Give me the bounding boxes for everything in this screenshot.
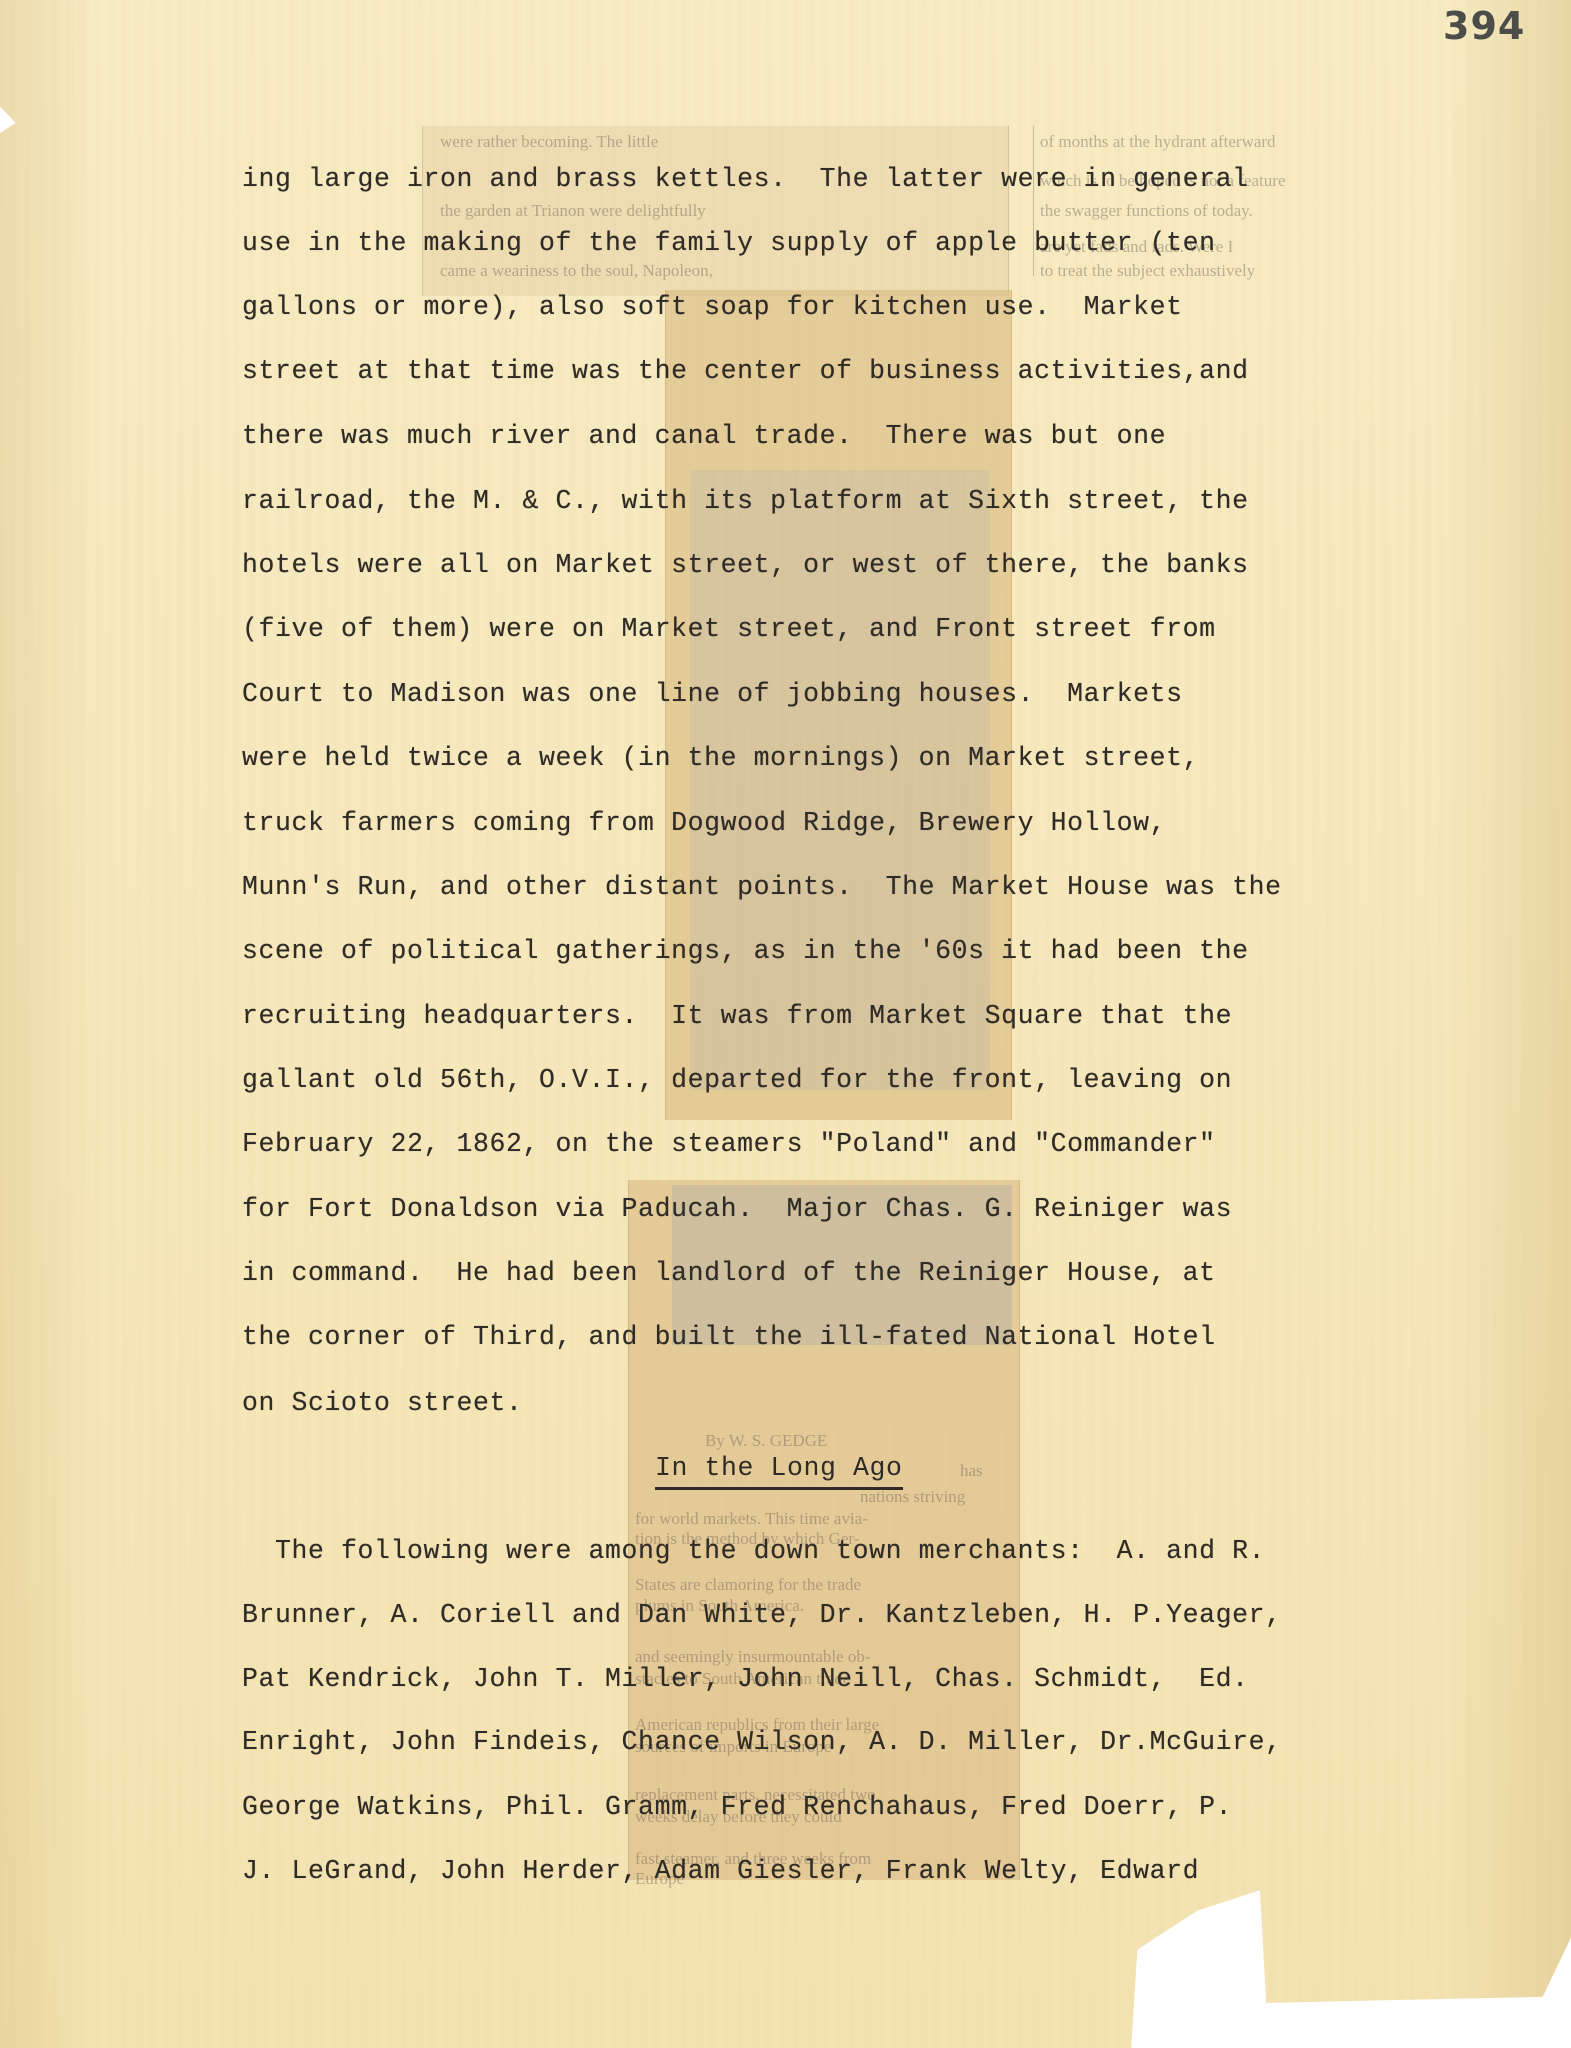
bleed-byline: By W. S. GEDGE bbox=[705, 1432, 827, 1449]
bleed-text: the swagger functions of today. bbox=[1040, 202, 1253, 219]
text-line: railroad, the M. & C., with its platform… bbox=[242, 488, 1249, 515]
text-line: scene of political gatherings, as in the… bbox=[242, 938, 1249, 965]
text-line: there was much river and canal trade. Th… bbox=[242, 423, 1166, 450]
text-line: gallant old 56th, O.V.I., departed for t… bbox=[242, 1067, 1232, 1094]
text-line: for Fort Donaldson via Paducah. Major Ch… bbox=[242, 1196, 1232, 1223]
bleed-text: and seemingly insurmountable ob- bbox=[635, 1648, 871, 1665]
text-line: hotels were all on Market street, or wes… bbox=[242, 552, 1249, 579]
text-line: Pat Kendrick, John T. Miller, John Neill… bbox=[242, 1666, 1249, 1693]
text-line: the corner of Third, and built the ill-f… bbox=[242, 1324, 1216, 1351]
section-heading: In the Long Ago bbox=[655, 1455, 903, 1490]
text-line: in command. He had been landlord of the … bbox=[242, 1260, 1216, 1287]
page-number: 394 bbox=[1443, 4, 1525, 48]
text-line: J. LeGrand, John Herder, Adam Giesler, F… bbox=[242, 1858, 1199, 1885]
text-line: Court to Madison was one line of jobbing… bbox=[242, 681, 1183, 708]
text-line: recruiting headquarters. It was from Mar… bbox=[242, 1003, 1232, 1030]
bleed-text: States are clamoring for the trade bbox=[635, 1576, 861, 1593]
text-line: Munn's Run, and other distant points. Th… bbox=[242, 874, 1282, 901]
bleed-text: of months at the hydrant afterward bbox=[1040, 133, 1276, 150]
text-line: street at that time was the center of bu… bbox=[242, 358, 1249, 385]
text-line: use in the making of the family supply o… bbox=[242, 230, 1216, 257]
text-line: Enright, John Findeis, Chance Wilson, A.… bbox=[242, 1729, 1282, 1756]
text-line: (five of them) were on Market street, an… bbox=[242, 616, 1216, 643]
text-line: Brunner, A. Coriell and Dan White, Dr. K… bbox=[242, 1602, 1282, 1629]
bleed-text: to treat the subject exhaustively bbox=[1040, 262, 1255, 279]
text-line: truck farmers coming from Dogwood Ridge,… bbox=[242, 810, 1166, 837]
text-line: gallons or more), also soft soap for kit… bbox=[242, 294, 1183, 321]
text-line: George Watkins, Phil. Gramm, Fred Rencha… bbox=[242, 1794, 1232, 1821]
bleed-text: nations striving bbox=[860, 1488, 965, 1505]
bleed-text: were rather becoming. The little bbox=[440, 133, 658, 150]
text-line: February 22, 1862, on the steamers "Pola… bbox=[242, 1131, 1216, 1158]
text-line: on Scioto street. bbox=[242, 1390, 523, 1417]
bleed-text: for world markets. This time avia- bbox=[635, 1510, 868, 1527]
bleed-text: the garden at Trianon were delightfully bbox=[440, 202, 706, 219]
bleed-text: has bbox=[960, 1462, 983, 1479]
text-line: ing large iron and brass kettles. The la… bbox=[242, 166, 1249, 193]
bleed-text: came a weariness to the soul, Napoleon, bbox=[440, 262, 713, 279]
text-line: The following were among the down town m… bbox=[242, 1538, 1265, 1565]
text-line: were held twice a week (in the mornings)… bbox=[242, 745, 1199, 772]
